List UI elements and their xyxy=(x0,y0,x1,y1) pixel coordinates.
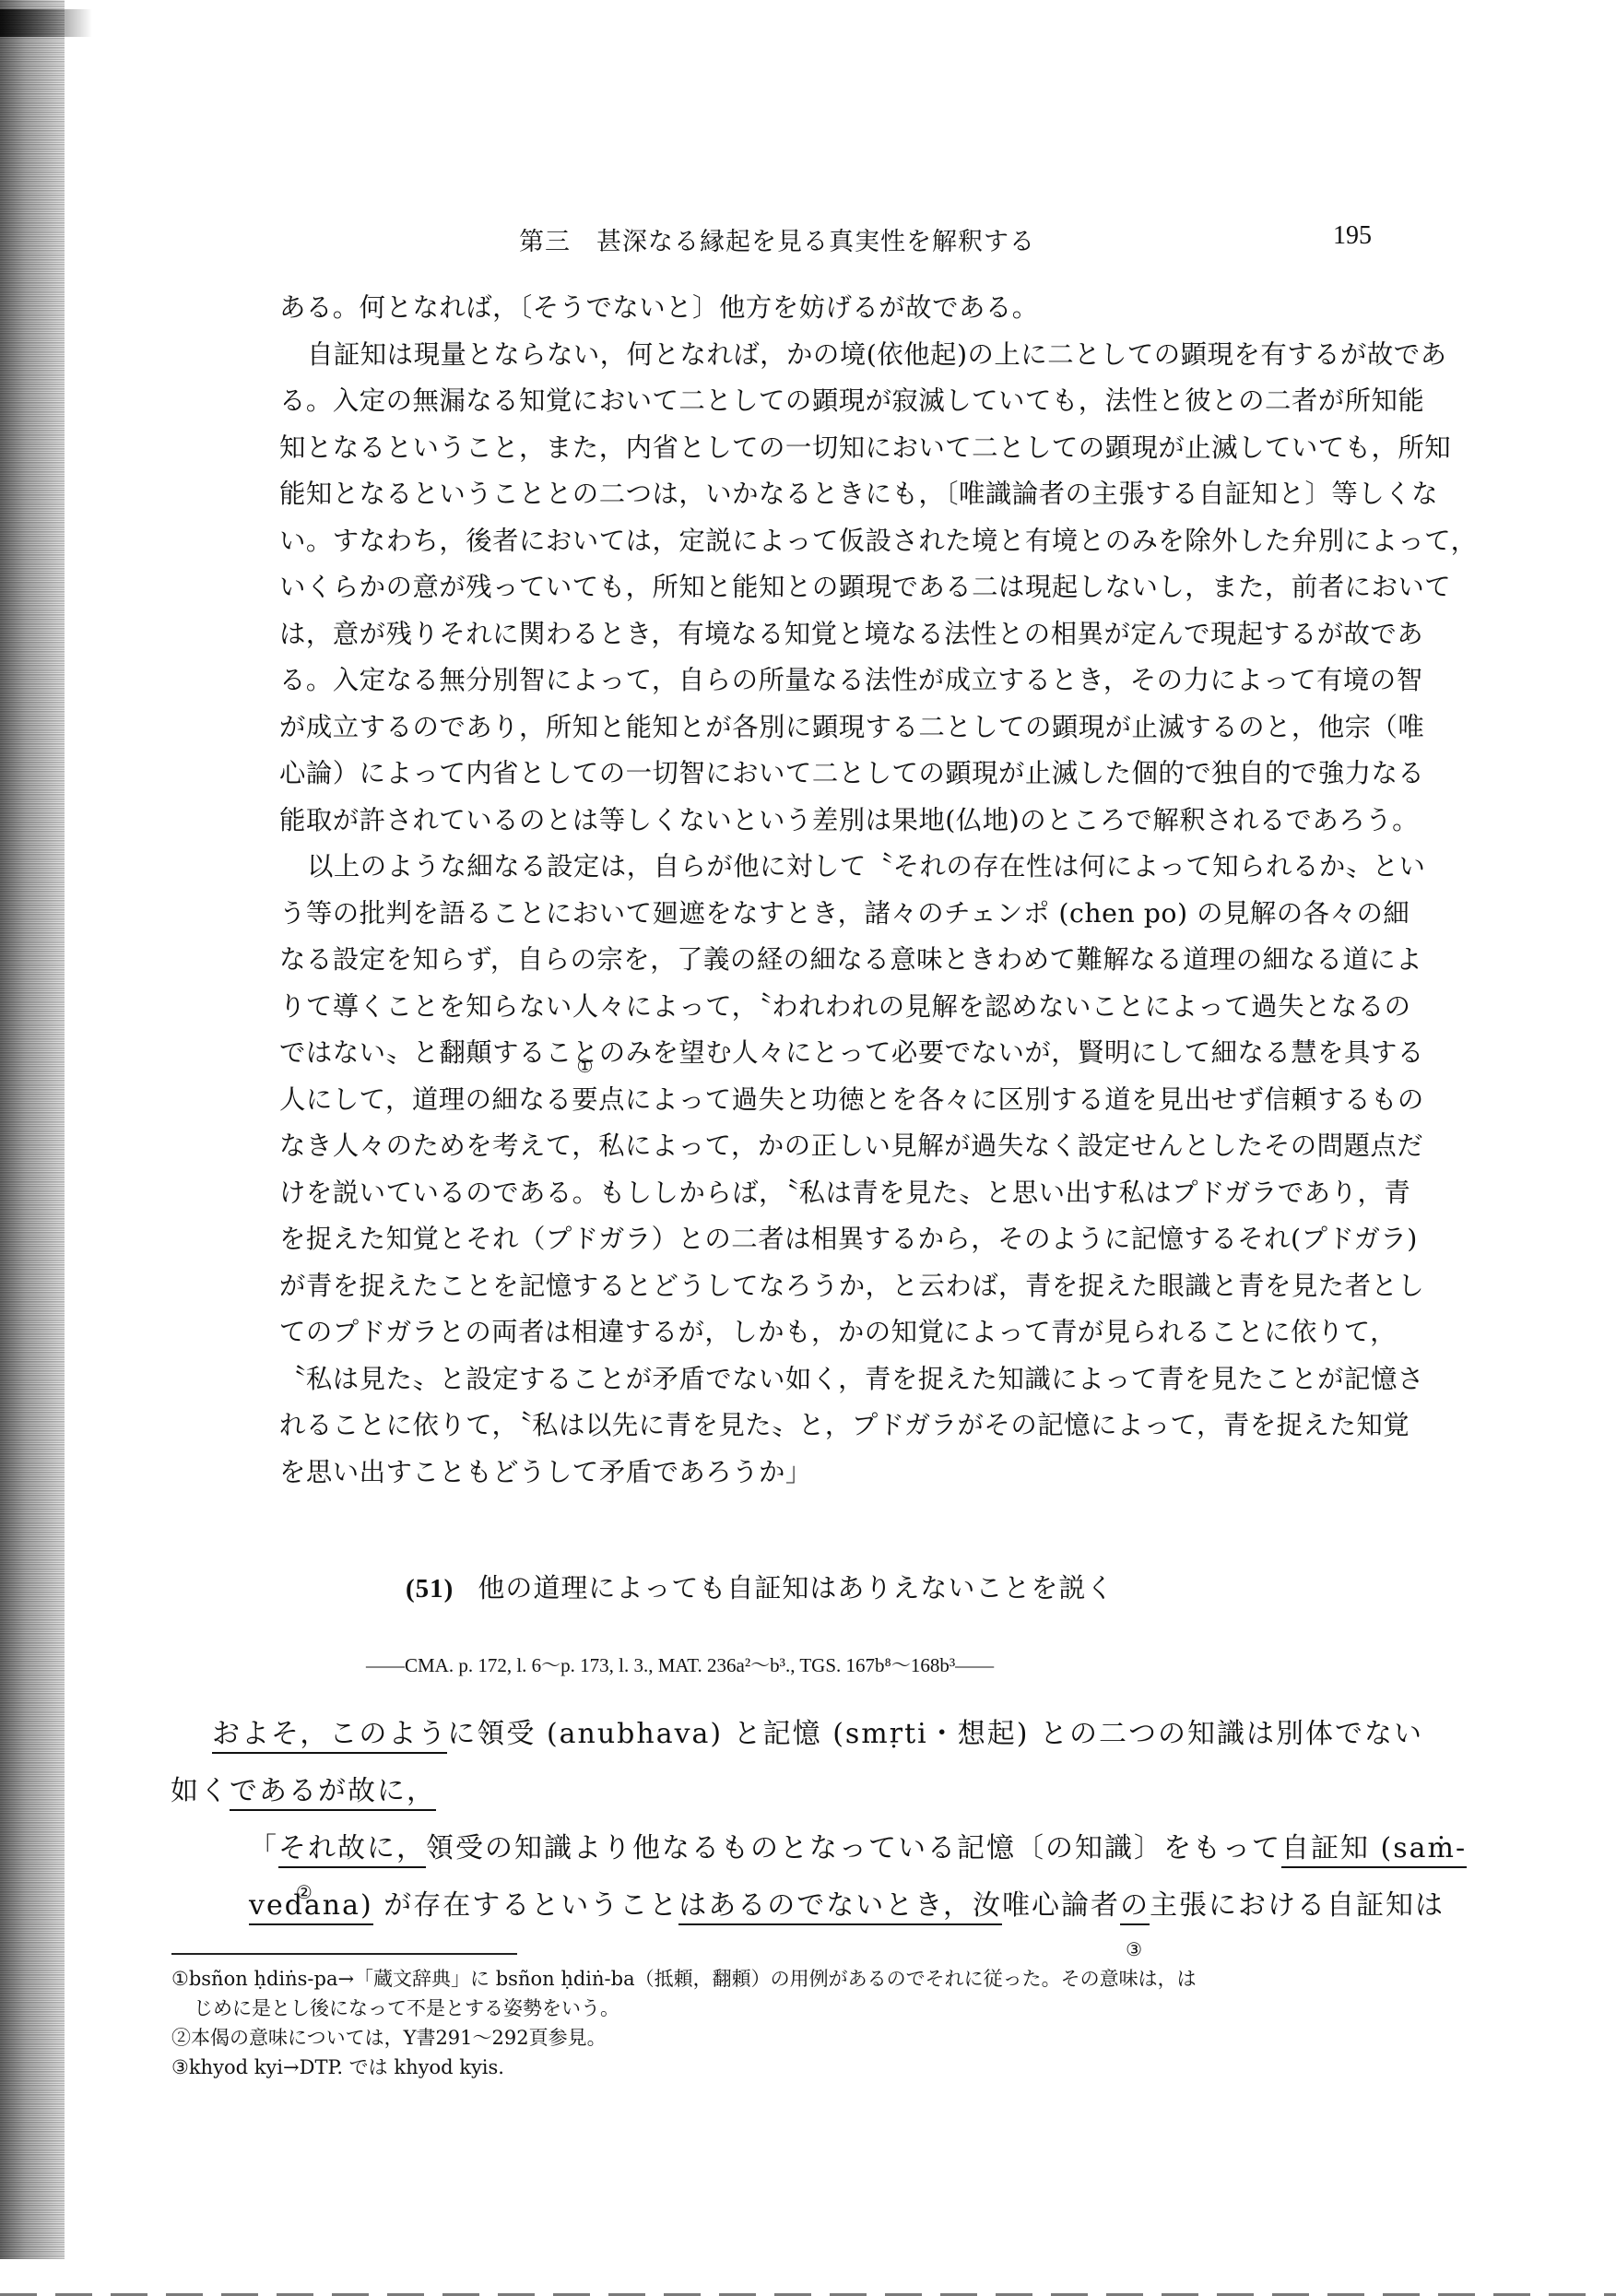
text-segment: に領受 (anubhava) と記憶 (smṛti・想起) との二つの知識は別体… xyxy=(447,1718,1423,1750)
underlined-segment: はあるのでないとき，汝 xyxy=(678,1889,1002,1925)
footnote-divider xyxy=(171,1953,517,1955)
body-line: りて導くことを知らない人々によって，〝われわれの見解を認めないことによって過失と… xyxy=(279,984,1395,1031)
body-line: 〝私は見た〟と設定することが矛盾でない如く，青を捉えた知識によって青を見たことが… xyxy=(279,1356,1395,1403)
body-line: る。入定の無漏なる知覚において二としての顕現が寂滅していても，法性と彼との二者が… xyxy=(279,378,1395,425)
scan-shadow-corner xyxy=(0,9,92,37)
text-segment: 主張における自証知は xyxy=(1150,1889,1445,1922)
section-title: 他の道理によっても自証知はありえないことを説く xyxy=(478,1572,1114,1604)
body-line: けを説いているのである。もししからば，〝私は青を見た〟と思い出す私はプドガラであ… xyxy=(279,1170,1395,1217)
footnote-anchor-2[interactable]: それ故に，② xyxy=(278,1820,426,1877)
body-line-with-footnote-mark: 人にして，道理の細なる①要点によって過失と功徳とを各々に区別する道を見出せず信頼… xyxy=(279,1077,1395,1124)
body-text: ある。何となれば，〔そうでないと〕他方を妨げるが故である。 自証知は現量とならな… xyxy=(279,285,1395,1496)
text-segment: 唯心論者 xyxy=(1002,1889,1120,1922)
scan-shadow-edge xyxy=(0,0,65,2259)
footnote-anchor-3[interactable]: の③ xyxy=(1120,1877,1150,1935)
underlined-segment: それ故に， xyxy=(278,1832,426,1868)
body-line: 能知となるということとの二つは，いかなるときにも，〔唯識論者の主張する自証知と〕… xyxy=(279,471,1395,518)
body-line: てのプドガラとの両者は相違するが，しかも，かの知覚によって青が見られることに依り… xyxy=(279,1309,1395,1356)
body-line: が青を捉えたことを記憶するとどうしてなろうか，と云わば，青を捉えた眼識と青を見た… xyxy=(279,1263,1395,1310)
verse-line: vedana) が存在するということはあるのでないとき，汝唯心論者の③主張におけ… xyxy=(171,1877,1397,1935)
footnote-2: ②本偈の意味については，Y書291～292頁参見。 xyxy=(171,2023,1398,2053)
body-line: ではない〟と翻顛することのみを望む人々にとって必要でないが，賢明にして細なる慧を… xyxy=(279,1030,1395,1077)
verse-text: およそ，このように領受 (anubhava) と記憶 (smṛti・想起) との… xyxy=(171,1706,1397,1935)
text-segment: 領受の知識より他なるものとなっている記憶〔の知識〕をもって xyxy=(426,1832,1281,1864)
underlined-segment: およそ，このよう xyxy=(212,1718,447,1754)
footnote-1: ①bsñon ḥdiṅs-pa→「蔵文辞典」に bsñon ḥdiṅ-ba（抵頼… xyxy=(171,1964,1398,1994)
text-segment: 「 xyxy=(249,1832,278,1864)
text-segment: 人にして，道理の細なる xyxy=(279,1084,572,1115)
section-number: (51) xyxy=(406,1574,454,1604)
text-segment: 点によって過失と功徳とを各々に区別する道を見出せず信頼するもの xyxy=(598,1084,1424,1115)
body-line: を思い出すこともどうして矛盾であろうか」 xyxy=(279,1450,1395,1497)
verse-line: 「それ故に，②領受の知識より他なるものとなっている記憶〔の知識〕をもって自証知 … xyxy=(171,1820,1397,1877)
verse-line: およそ，このように領受 (anubhava) と記憶 (smṛti・想起) との… xyxy=(171,1706,1397,1763)
body-line: ある。何となれば，〔そうでないと〕他方を妨げるが故である。 xyxy=(279,285,1395,332)
footnote-mark-2[interactable]: ② xyxy=(296,1883,314,1901)
footnotes: ①bsñon ḥdiṅs-pa→「蔵文辞典」に bsñon ḥdiṅ-ba（抵頼… xyxy=(171,1964,1398,2082)
underlined-segment: 自証知 (saṁ- xyxy=(1281,1832,1467,1868)
body-line: れることに依りて，〝私は以先に青を見た〟と，プドガラがその記憶によって，青を捉え… xyxy=(279,1402,1395,1450)
underlined-segment: であるが故に， xyxy=(230,1775,436,1811)
body-line: なき人々のためを考えて，私によって，かの正しい見解が過失なく設定せんとしたその問… xyxy=(279,1123,1395,1170)
body-line: なる設定を知らず，自らの宗を，了義の経の細なる意味ときわめて難解なる道理の細なる… xyxy=(279,937,1395,984)
body-line: い。すなわち，後者においては，定説によって仮設された境と有境とのみを除外した弁別… xyxy=(279,518,1395,565)
verse-line: 如くであるが故に， xyxy=(171,1763,1397,1820)
text-segment: が存在するということ xyxy=(373,1889,679,1922)
body-line: いくらかの意が残っていても，所知と能知との顕現である二は現起しないし，また，前者… xyxy=(279,564,1395,611)
body-line: う等の批判を語ることにおいて廻遮をなすとき，諸々のチェンポ (chen po) … xyxy=(279,891,1395,938)
text-segment: 如く xyxy=(171,1775,230,1807)
footnote-mark-3[interactable]: ③ xyxy=(1126,1940,1144,1959)
marked-word: 要 xyxy=(572,1084,598,1115)
footnote-1-continuation: じめに是とし後になって不是とする姿勢をいう。 xyxy=(171,1994,1398,2023)
paragraph-start-line: 以上のような細なる設定は，自らが他に対して〝それの存在性は何によって知られるか〟… xyxy=(279,844,1395,891)
body-line: 知となるということ，また，内省としての一切知において二としての顕現が止滅していて… xyxy=(279,425,1395,472)
source-reference: ——CMA. p. 172, l. 6～p. 173, l. 3., MAT. … xyxy=(366,1651,994,1678)
body-line: が成立するのであり，所知と能知とが各別に顕現する二としての顕現が止滅するのと，他… xyxy=(279,704,1395,752)
footnote-mark-1[interactable]: ① xyxy=(576,1057,593,1075)
body-line: を捉えた知覚とそれ（プドガラ）との二者は相異するから，そのように記憶するそれ(プ… xyxy=(279,1216,1395,1263)
body-line: る。入定なる無分別智によって，自らの所量なる法性が成立するとき，その力によって有… xyxy=(279,657,1395,704)
section-heading: (51)他の道理によっても自証知はありえないことを説く xyxy=(406,1568,1114,1605)
page-number: 195 xyxy=(1333,221,1372,251)
body-line: は，意が残りそれに関わるとき，有境なる知覚と境なる法性との相異が定んで現起するが… xyxy=(279,611,1395,658)
paragraph-start-line: 自証知は現量とならない，何となれば，かの境(依他起)の上に二としての顕現を有する… xyxy=(279,332,1395,379)
footnote-anchor-1[interactable]: ①要 xyxy=(572,1077,598,1124)
footnote-3: ③khyod kyi→DTP. では khyod kyis. xyxy=(171,2053,1398,2082)
underlined-segment: の xyxy=(1120,1889,1150,1925)
running-head-title: 第三 甚深なる縁起を見る真実性を解釈する xyxy=(519,221,1035,257)
body-line: 能取が許されているのとは等しくないという差別は果地(仏地)のところで解釈されるで… xyxy=(279,798,1395,845)
body-line: 心論）によって内省としての一切智において二としての顕現が止滅した個的で独自的で強… xyxy=(279,751,1395,798)
